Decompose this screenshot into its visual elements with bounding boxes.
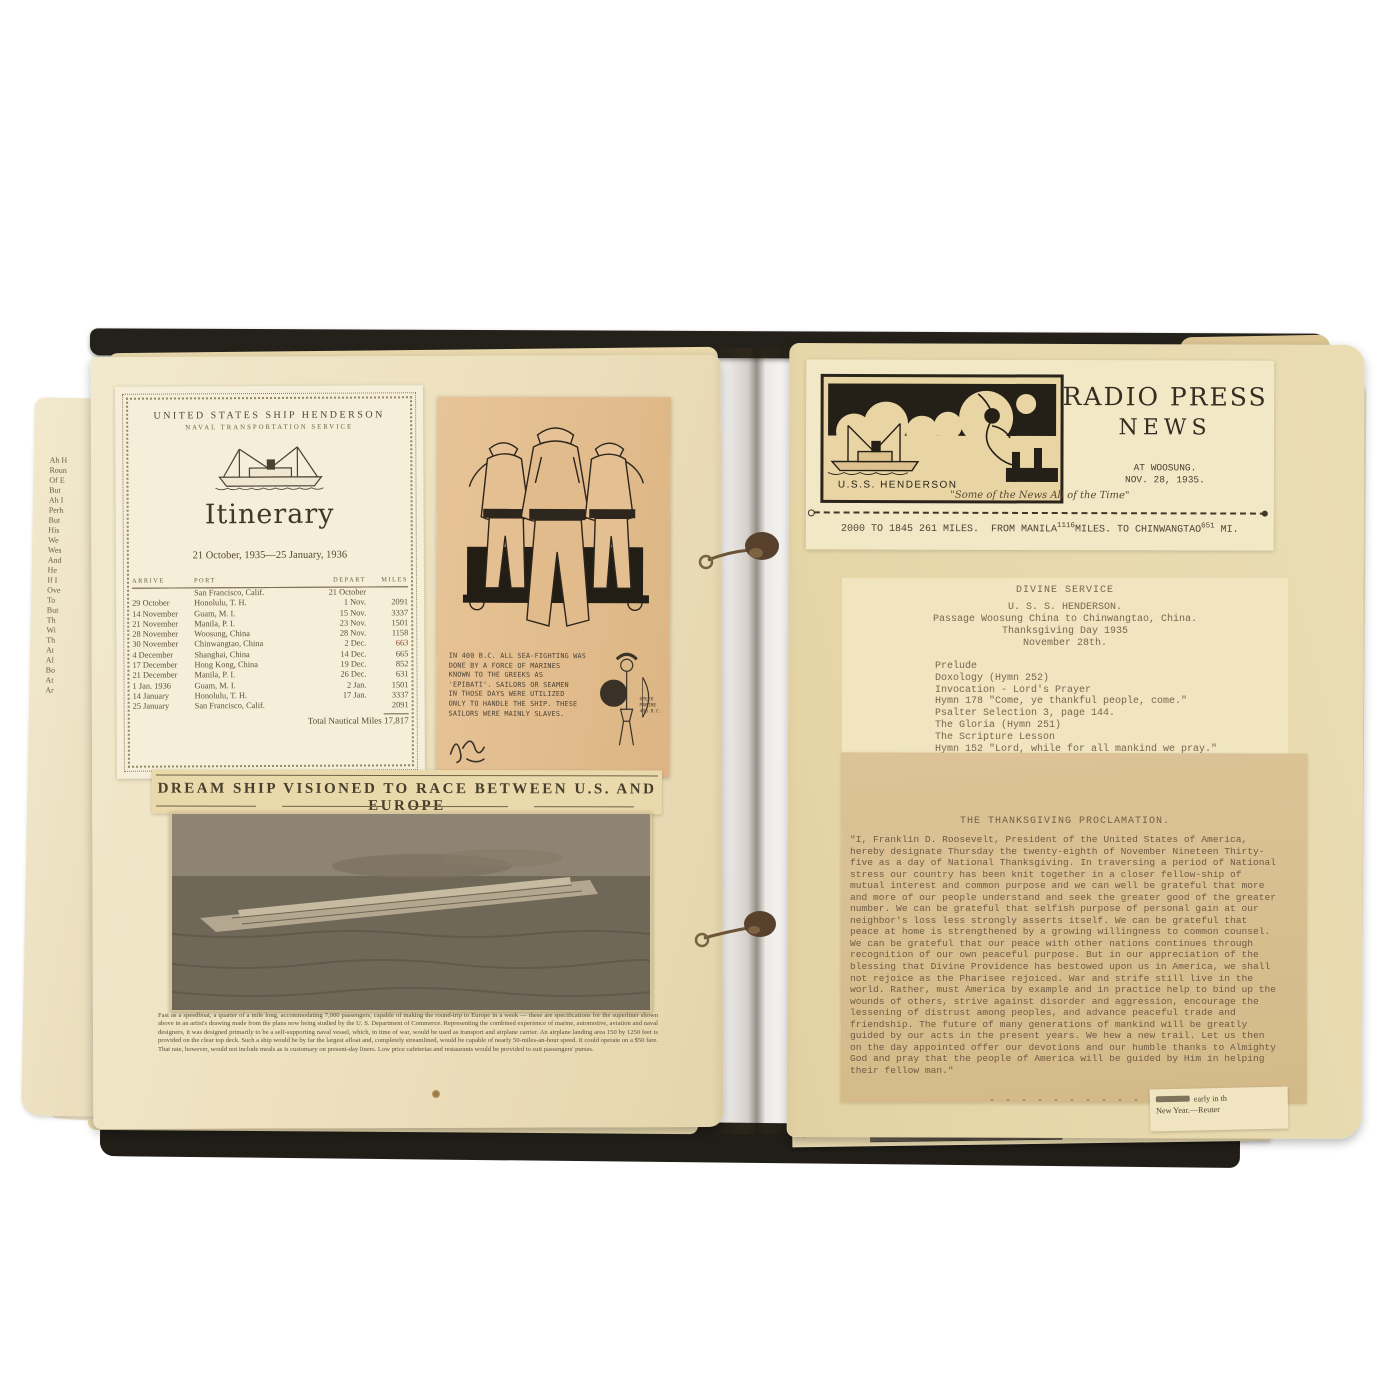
caption-line: SAILORS WERE MAINLY SLAVES. <box>449 709 601 719</box>
figure-label-line: 400 B.C. <box>640 709 668 715</box>
mileage-sup: 1116 <box>1057 522 1075 530</box>
itinerary-cell: 29 October <box>132 599 194 610</box>
itinerary-cell: 1 Jan. 1936 <box>133 681 195 692</box>
service-sub-occasion: Thanksgiving Day 1935 <box>845 626 1285 638</box>
fragment-line2: New Year.—Reuter <box>1156 1103 1282 1117</box>
ship-name-heading: UNITED STATES SHIP HENDERSON <box>129 409 409 421</box>
divine-service-heading: DIVINE SERVICE <box>845 585 1285 596</box>
total-miles-line: Total Nautical Miles 17,817 <box>131 715 411 726</box>
itinerary-cell: 17 December <box>132 660 194 671</box>
document-title: Itinerary <box>130 498 410 530</box>
program-line: Prelude <box>935 661 1247 673</box>
itinerary-cell: 1501 <box>367 680 409 691</box>
itinerary-cell <box>132 588 194 599</box>
itinerary-cell <box>311 701 367 712</box>
program-line: Psalter Selection 3, page 144. <box>935 708 1247 720</box>
column-header: PORT <box>194 577 310 588</box>
service-sub-date: November 28th. <box>845 638 1285 650</box>
page-stain <box>432 1090 440 1098</box>
mileage-text: MI. <box>1215 525 1239 536</box>
masthead-motto: "Some of the News All of the Time" <box>806 489 1274 501</box>
mileage-text: MILES. TO CHINWANGTAO <box>1075 524 1201 535</box>
masthead-date: NOV. 28, 1935. <box>1062 474 1268 487</box>
itinerary-cell: 14 Dec. <box>310 649 366 660</box>
itinerary-cell: San Francisco, Calif. <box>194 587 310 598</box>
marines-cartoon-drawing <box>437 397 671 648</box>
ink-smudge <box>1156 1096 1190 1103</box>
masthead-location-date: AT WOOSUNG. NOV. 28, 1935. <box>1062 462 1268 487</box>
itinerary-cell: 3337 <box>366 608 408 619</box>
headline-rule <box>156 775 658 777</box>
itinerary-cell: 14 January <box>133 691 195 702</box>
itinerary-cell: Chinwangtao, China <box>194 639 310 650</box>
itinerary-cell: 1501 <box>366 618 408 629</box>
itinerary-cell: 17 Jan. <box>311 690 367 701</box>
caption-line: KNOWN TO THE GREEKS AS <box>449 671 601 681</box>
mileage-sup: 651 <box>1201 522 1215 530</box>
column-header: ARRIVE <box>132 577 194 588</box>
itinerary-cell: Honolulu, T. H. <box>194 598 310 609</box>
program-line: Hymn 178 "Come, ye thankful people, come… <box>935 696 1247 708</box>
total-miles-value: 17,817 <box>384 713 409 725</box>
itinerary-cell: Woosung, China <box>194 629 310 640</box>
cartoon-caption: IN 400 B.C. ALL SEA-FIGHTING WASDONE BY … <box>449 652 601 720</box>
total-miles-label: Total Nautical Miles <box>308 715 382 725</box>
mileage-text: 2000 TO 1845 261 MILES. FROM MANILA <box>841 524 1057 536</box>
scrapbook-photo: Ah HRounOf EButAh IPerhButHisWeWesAndHeI… <box>0 0 1400 1400</box>
itinerary-cell: 19 Dec. <box>310 660 366 671</box>
itinerary-cell: 21 November <box>132 619 194 630</box>
ship-line-illustration <box>209 439 329 492</box>
caption-line: ONLY TO HANDLE THE SHIP. THESE <box>449 700 601 710</box>
itinerary-cell: 14 November <box>132 609 194 620</box>
caption-line: DONE BY A FORCE OF MARINES <box>449 661 601 671</box>
itinerary-row: 25 JanuarySan Francisco, Calif.2091 <box>133 701 409 713</box>
itinerary-table: ARRIVEPORTDEPARTMILES San Francisco, Cal… <box>132 576 409 712</box>
itinerary-cell: Manila, P. I. <box>194 670 310 681</box>
itinerary-cell: 23 Nov. <box>310 618 366 629</box>
itinerary-cell: 26 Dec. <box>310 670 366 681</box>
itinerary-cell: 2091 <box>367 701 409 712</box>
itinerary-cell: 21 October <box>310 587 366 598</box>
masthead-title-line1: RADIO PRESS <box>1062 382 1268 412</box>
itinerary-cell: 28 Nov. <box>310 629 366 640</box>
program-line: The Gloria (Hymn 251) <box>935 720 1247 732</box>
newspaper-headline: DREAM SHIP VISIONED TO RACE BETWEEN U.S.… <box>152 781 662 816</box>
caption-line: IN 400 B.C. ALL SEA-FIGHTING WAS <box>449 652 601 662</box>
itinerary-cell: 2091 <box>366 598 408 609</box>
binding-string-ties <box>690 500 810 960</box>
itinerary-cell: 663 <box>366 639 408 650</box>
itinerary-cell: Honolulu, T. H. <box>195 691 311 702</box>
proclamation-heading: THE THANKSGIVING PROCLAMATION. <box>845 816 1285 827</box>
newspaper-photo-caption: Fast as a speedboat, a quarter of a mile… <box>158 1012 658 1054</box>
program-line: Invocation - Lord's Prayer <box>935 685 1247 697</box>
itinerary-cell: 28 November <box>132 630 194 641</box>
artist-signature <box>446 729 500 765</box>
fragment-text1: early in th <box>1194 1094 1227 1104</box>
itinerary-cell: 852 <box>366 659 408 670</box>
column-header: MILES <box>366 576 408 587</box>
itinerary-cell: 1 Nov. <box>310 598 366 609</box>
program-line: Doxology (Hymn 252) <box>935 673 1247 685</box>
itinerary-cell: 15 Nov. <box>310 608 366 619</box>
news-fragment-clipping: early in th New Year.—Reuter <box>1150 1087 1289 1132</box>
service-sub-passage: Passage Woosung China to Chinwangtao, Ch… <box>845 614 1285 626</box>
itinerary-cell: Manila, P. I. <box>194 619 310 630</box>
masthead-title-line2: NEWS <box>1062 415 1268 441</box>
dashed-rule <box>814 511 1266 514</box>
itinerary-document: UNITED STATES SHIP HENDERSON NAVAL TRANS… <box>115 385 425 779</box>
itinerary-date-range: 21 October, 1935—25 January, 1936 <box>130 549 410 561</box>
itinerary-cell: Guam, M. I. <box>194 608 310 619</box>
henderson-masthead-illustration: U.S.S. HENDERSON <box>820 373 1064 504</box>
dream-ship-photo <box>170 812 652 1012</box>
caption-line: IN THOSE DAYS WERE UTILIZED <box>449 690 601 700</box>
service-sub-ship: U. S. S. HENDERSON. <box>845 602 1285 614</box>
itinerary-cell: 1158 <box>366 628 408 639</box>
cartoon-clipping: IN 400 B.C. ALL SEA-FIGHTING WASDONE BY … <box>436 397 670 778</box>
radio-press-masthead: U.S.S. HENDERSON RADIO PRESS NEWS AT WOO… <box>806 359 1274 550</box>
itinerary-cell: 2 Jan. <box>311 680 367 691</box>
itinerary-cell: Shanghai, China <box>194 650 310 661</box>
masthead-location: AT WOOSUNG. <box>1062 462 1268 475</box>
itinerary-cell: 21 December <box>132 671 194 682</box>
mileage-line: 2000 TO 1845 261 MILES. FROM MANILA1116M… <box>806 521 1274 536</box>
newspaper-headline-strip: DREAM SHIP VISIONED TO RACE BETWEEN U.S.… <box>152 770 662 815</box>
itinerary-cell: 3337 <box>367 690 409 701</box>
caption-line: 'EPIBATI'. SAILORS OR SEAMEN <box>449 680 601 690</box>
itinerary-table-body: San Francisco, Calif.21 October29 Octobe… <box>132 587 409 713</box>
program-line: The Scripture Lesson <box>935 732 1247 744</box>
itinerary-cell: Hong Kong, China <box>194 660 310 671</box>
itinerary-cell: 25 January <box>133 702 195 713</box>
proclamation-body: "I, Franklin D. Roosevelt, President of … <box>850 834 1280 1076</box>
itinerary-cell: San Francisco, Calif. <box>195 701 311 712</box>
service-subheading: NAVAL TRANSPORTATION SERVICE <box>129 423 409 431</box>
greek-figure-label: GREEKMARINE400 B.C. <box>640 697 668 715</box>
itinerary-cell: 631 <box>366 670 408 681</box>
itinerary-cell: Guam, M. I. <box>195 680 311 691</box>
itinerary-cell: 4 December <box>132 650 194 661</box>
column-header: DEPART <box>310 576 366 587</box>
itinerary-cell: 2 Dec. <box>310 639 366 650</box>
itinerary-cell <box>366 587 408 598</box>
itinerary-cell: 30 November <box>132 640 194 651</box>
masthead-title: RADIO PRESS NEWS <box>1062 382 1268 441</box>
itinerary-cell: 665 <box>366 649 408 660</box>
